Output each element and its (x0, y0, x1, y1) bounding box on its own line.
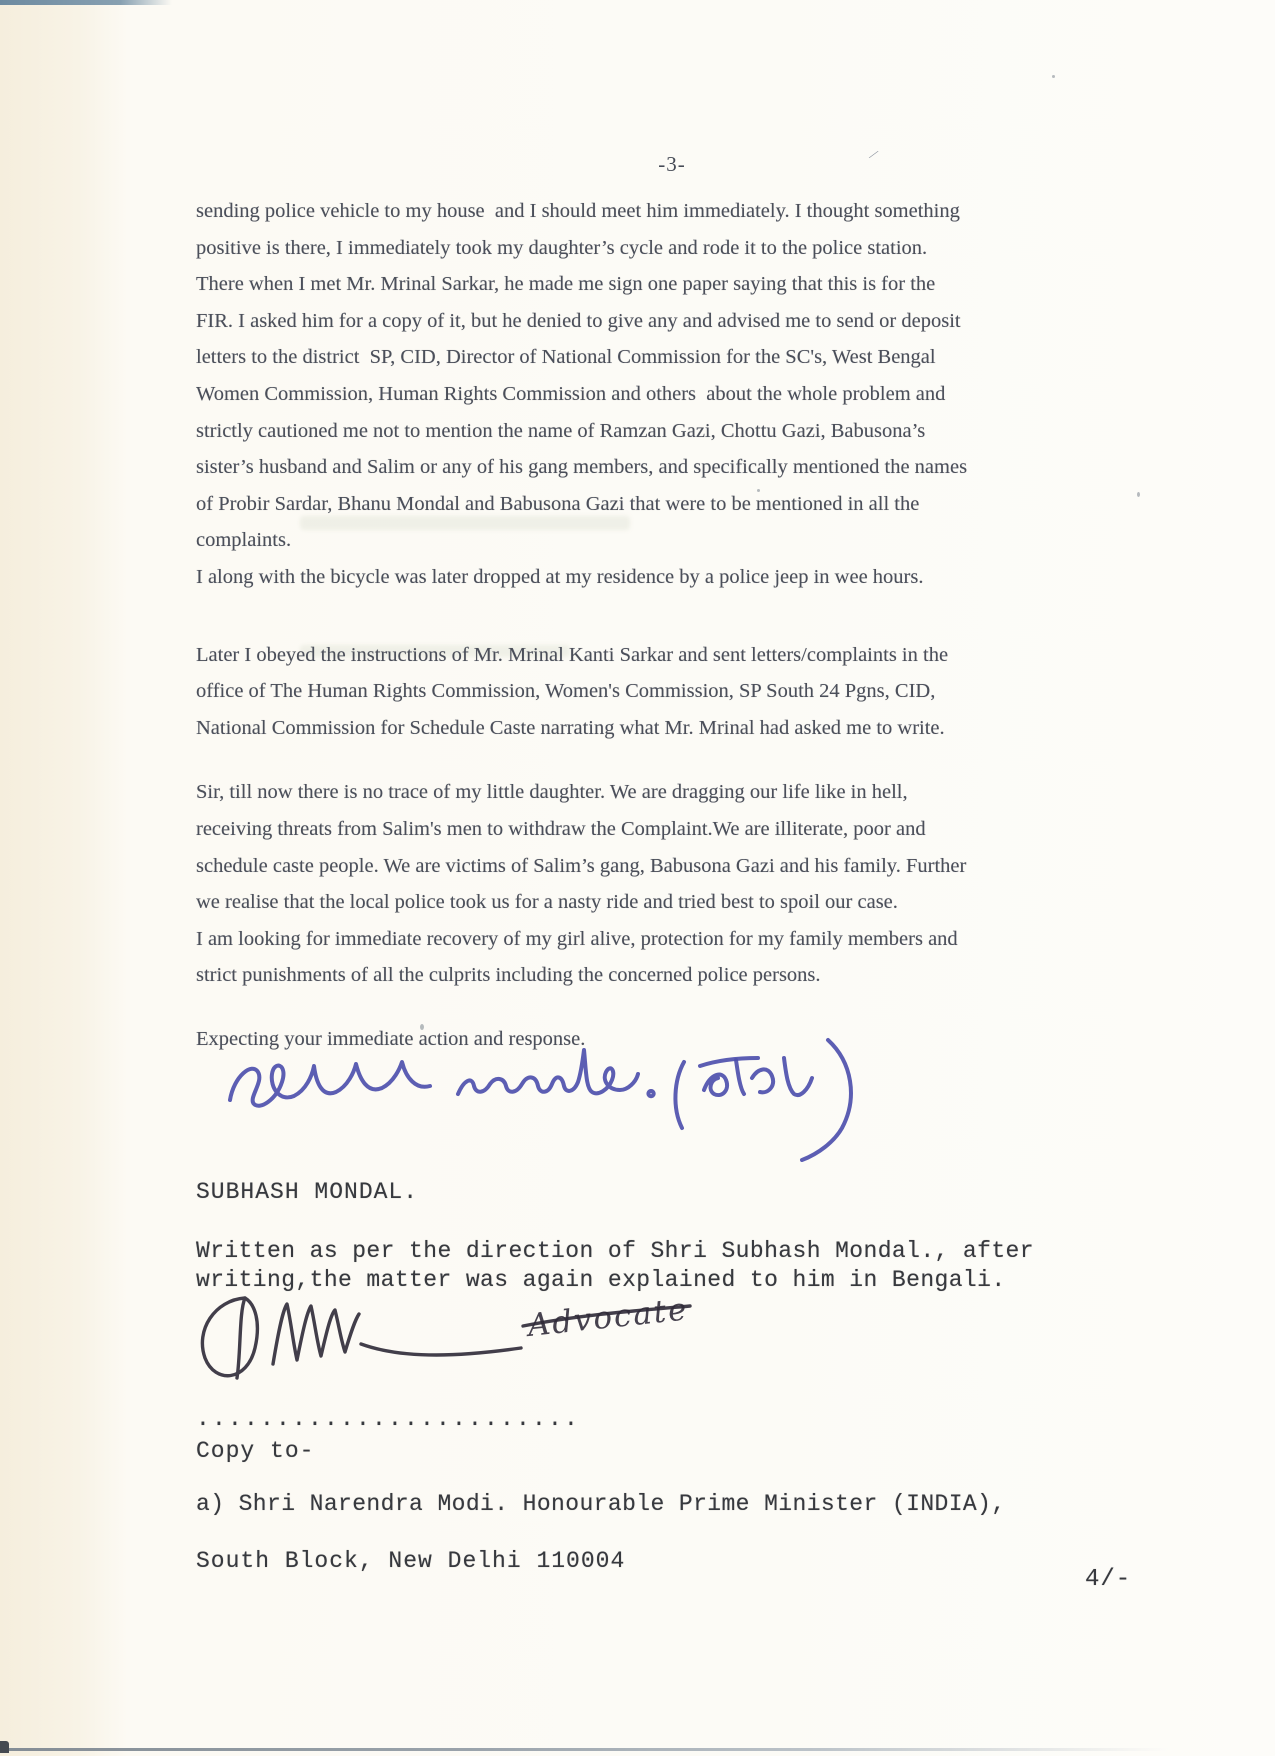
letter-body: sending police vehicle to my house and I… (196, 193, 1056, 1057)
scan-edge-artifact (0, 1748, 1168, 1751)
signature-stroke (736, 1060, 744, 1094)
dust-speck (1137, 492, 1140, 497)
text-line: schedule caste people. We are victims of… (196, 848, 1056, 885)
text-line: I along with the bicycle was later dropp… (196, 559, 1056, 596)
text-line: letters to the district SP, CID, Directo… (196, 339, 1056, 376)
text-line: Sir, till now there is no trace of my li… (196, 774, 1056, 811)
next-page-marker: 4/- (1085, 1566, 1131, 1593)
text-line: sending police vehicle to my house and I… (196, 193, 1056, 230)
text-line: sister’s husband and Salim or any of his… (196, 449, 1056, 486)
copy-recipient-address: South Block, New Delhi 110004 (196, 1548, 625, 1574)
pen-mark-artifact: ⁄ (870, 148, 877, 164)
scan-corner-speck (0, 1741, 9, 1753)
text-line: receiving threats from Salim's men to wi… (196, 811, 1056, 848)
text-line: I am looking for immediate recovery of m… (196, 921, 1056, 958)
text-line: strict punishments of all the culprits i… (196, 957, 1056, 994)
text-line: Written as per the direction of Shri Sub… (196, 1237, 1034, 1266)
signature-stroke (230, 1062, 430, 1106)
advocate-handwritten-word: Advocate (523, 1291, 690, 1344)
complainant-signature (218, 1032, 858, 1162)
typed-signatory-name: SUBHASH MONDAL. (196, 1179, 418, 1205)
paragraph-police-station-account: sending police vehicle to my house and I… (196, 193, 1056, 596)
text-line: strictly cautioned me not to mention the… (196, 413, 1056, 450)
text-line: FIR. I asked him for a copy of it, but h… (196, 303, 1056, 340)
dotted-separator: ........................ (196, 1406, 580, 1432)
text-line: Women Commission, Human Rights Commissio… (196, 376, 1056, 413)
signature-stroke (752, 1069, 773, 1092)
copy-to-label: Copy to- (196, 1438, 314, 1464)
scanned-letter-page: ⁄ -3- sending police vehicle to my house… (0, 0, 1275, 1756)
text-line: Later I obeyed the instructions of Mr. M… (196, 637, 1056, 674)
copy-recipient-line: a) Shri Narendra Modi. Honourable Prime … (196, 1491, 1006, 1517)
text-line: office of The Human Rights Commission, W… (196, 673, 1056, 710)
signature-stroke (648, 1091, 653, 1096)
advocate-signature: Advocate (185, 1282, 705, 1392)
page-number: -3- (632, 152, 712, 177)
text-line: positive is there, I immediately took my… (196, 230, 1056, 267)
text-line: of Probir Sardar, Bhanu Mondal and Babus… (196, 486, 1056, 523)
signature-stroke (802, 1040, 851, 1160)
signature-stroke (700, 1058, 758, 1066)
dust-speck (1052, 75, 1055, 78)
text-line: National Commission for Schedule Caste n… (196, 710, 1056, 747)
text-line: we realise that the local police took us… (196, 884, 1056, 921)
paragraph-plea: Sir, till now there is no trace of my li… (196, 774, 1056, 994)
signature-stroke (273, 1304, 359, 1364)
signature-stroke (361, 1344, 521, 1355)
text-line: There when I met Mr. Mrinal Sarkar, he m… (196, 266, 1056, 303)
text-line: complaints. (196, 522, 1056, 559)
signature-stroke (202, 1298, 257, 1378)
scan-edge-artifact (0, 0, 172, 5)
signature-stroke (784, 1058, 812, 1095)
signature-stroke (704, 1075, 727, 1096)
paragraph-letters-sent: Later I obeyed the instructions of Mr. M… (196, 637, 1056, 747)
signature-stroke (458, 1050, 638, 1094)
signature-stroke (675, 1062, 684, 1128)
